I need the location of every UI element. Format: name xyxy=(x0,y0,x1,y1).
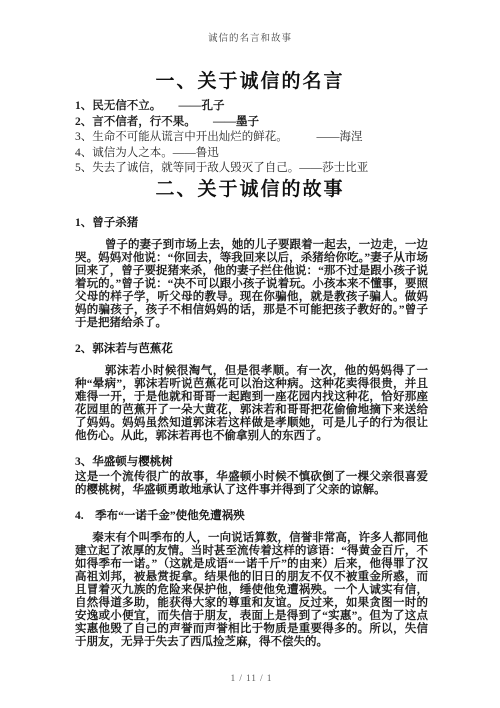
quote-item-1: 1、民无信不立。 ——孔子 xyxy=(75,99,428,115)
page-number: 1 / 11 / 1 xyxy=(75,673,428,683)
story-body-1: 曾子的妻子到市场上去，她的儿子要跟着一起去，一边走，一边哭。妈妈对他说：“你回去… xyxy=(75,239,428,330)
document-page: 诚信的名言和故事 一、关于诚信的名言 1、民无信不立。 ——孔子 2、言不信者，… xyxy=(0,0,500,708)
quote-item-3: 3、生命不可能从谎言中开出灿烂的鲜花。 ——海涅 xyxy=(75,130,428,146)
story-title-1: 1、曾子杀猪 xyxy=(75,217,428,230)
story-body-4: 秦末有个叫季布的人，一向说话算数，信誉非常高，许多人都同他建立起了浓厚的友情。当… xyxy=(75,532,428,649)
story-title-3: 3、华盛顿与樱桃树 xyxy=(75,456,428,469)
story-body-2: 郭沫若小时候很淘气，但是很孝顺。有一次，他的妈妈得了一种“晕病”，郭沫若听说芭蕉… xyxy=(75,365,428,443)
story-title-4: 4. 季布“一诺千金”使他免遭祸殃 xyxy=(75,510,428,523)
quotes-list: 1、民无信不立。 ——孔子 2、言不信者，行不果。 ——墨子 3、生命不可能从谎… xyxy=(75,99,428,177)
story-body-3: 这是一个流传很广的故事，华盛顿小时候不慎砍倒了一棵父亲很喜爱的樱桃树，华盛顿勇敢… xyxy=(75,471,428,497)
story-jibu: 4. 季布“一诺千金”使他免遭祸殃 秦末有个叫季布的人，一向说话算数，信誉非常高… xyxy=(75,510,428,649)
story-zengzi: 1、曾子杀猪 曾子的妻子到市场上去，她的儿子要跟着一起去，一边走，一边哭。妈妈对… xyxy=(75,217,428,330)
story-washington: 3、华盛顿与樱桃树 这是一个流传很广的故事，华盛顿小时候不慎砍倒了一棵父亲很喜爱… xyxy=(75,456,428,497)
quote-item-2: 2、言不信者，行不果。 ——墨子 xyxy=(75,115,428,131)
story-title-2: 2、郭沫若与芭蕉花 xyxy=(75,343,428,356)
stories-section-heading: 二、关于诚信的故事 xyxy=(72,178,428,202)
quotes-section-heading: 一、关于诚信的名言 xyxy=(72,70,428,94)
document-running-title: 诚信的名言和故事 xyxy=(72,30,428,44)
story-guomoruo: 2、郭沫若与芭蕉花 郭沫若小时候很淘气，但是很孝顺。有一次，他的妈妈得了一种“晕… xyxy=(75,343,428,443)
quote-item-5: 5、失去了诚信，就等同于敌人毁灭了自己。——莎士比亚 xyxy=(75,161,428,177)
quote-item-4: 4、诚信为人之本。——鲁迅 xyxy=(75,146,428,162)
